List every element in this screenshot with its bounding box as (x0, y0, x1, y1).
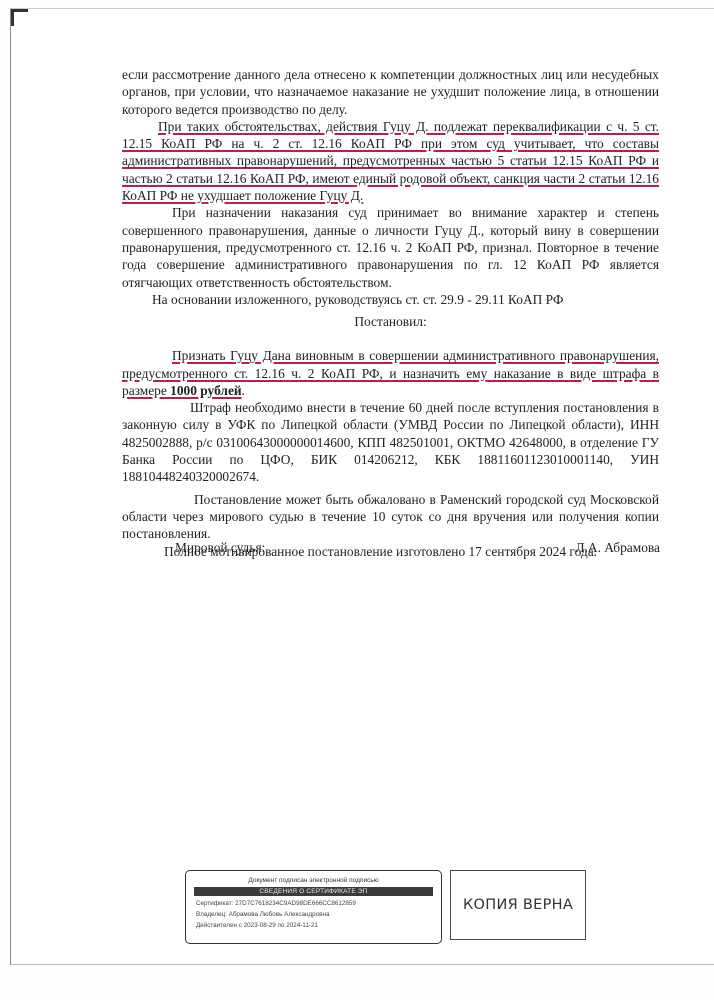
judge-name: Л.А. Абрамова (576, 540, 661, 556)
paragraph-appeal: Постановление может быть обжаловано в Ра… (122, 491, 659, 543)
ecp-title: Документ подписан электронной подписью (186, 877, 441, 884)
document-body: если рассмотрение данного дела отнесено … (122, 66, 659, 308)
page-corner-mark (11, 9, 28, 26)
copy-certified-stamp: КОПИЯ ВЕРНА (450, 870, 586, 940)
paragraph-jurisdiction: если рассмотрение данного дела отнесено … (122, 66, 659, 118)
ecp-validity: Действителен с 2023-08-29 по 2024-11-21 (196, 922, 441, 929)
paragraph-sentencing-factors: При назначении наказания суд принимает в… (122, 204, 659, 290)
ruling-heading: Постановил: (122, 313, 659, 330)
paragraph-requalification: При таких обстоятельствах, действия Гуцу… (122, 118, 659, 204)
highlighted-ruling-text: Признать Гуцу Дана виновным в совершении… (122, 348, 659, 398)
judge-role: Мировой судья: (175, 540, 265, 556)
highlighted-requalification-text: При таких обстоятельствах, действия Гуцу… (122, 119, 659, 203)
signature-row: Мировой судья: Л.А. Абрамова (175, 540, 660, 556)
ecp-certificate-number: Сертификат: 27D7C7618234C9AD98DE666CC861… (196, 900, 441, 907)
ruling-section: Постановил: Признать Гуцу Дана виновным … (122, 313, 659, 560)
ecp-owner: Владелец: Абрамова Любовь Александровна (196, 911, 441, 918)
electronic-signature-block: Документ подписан электронной подписью С… (185, 870, 442, 944)
fine-amount: 1000 рублей (170, 383, 241, 398)
paragraph-payment-details: Штраф необходимо внести в течение 60 дне… (122, 399, 659, 485)
paragraph-legal-basis: На основании изложенного, руководствуясь… (122, 291, 659, 308)
ecp-certificate-header: СВЕДЕНИЯ О СЕРТИФИКАТЕ ЭП (194, 887, 433, 896)
paragraph-ruling: Признать Гуцу Дана виновным в совершении… (122, 347, 659, 399)
